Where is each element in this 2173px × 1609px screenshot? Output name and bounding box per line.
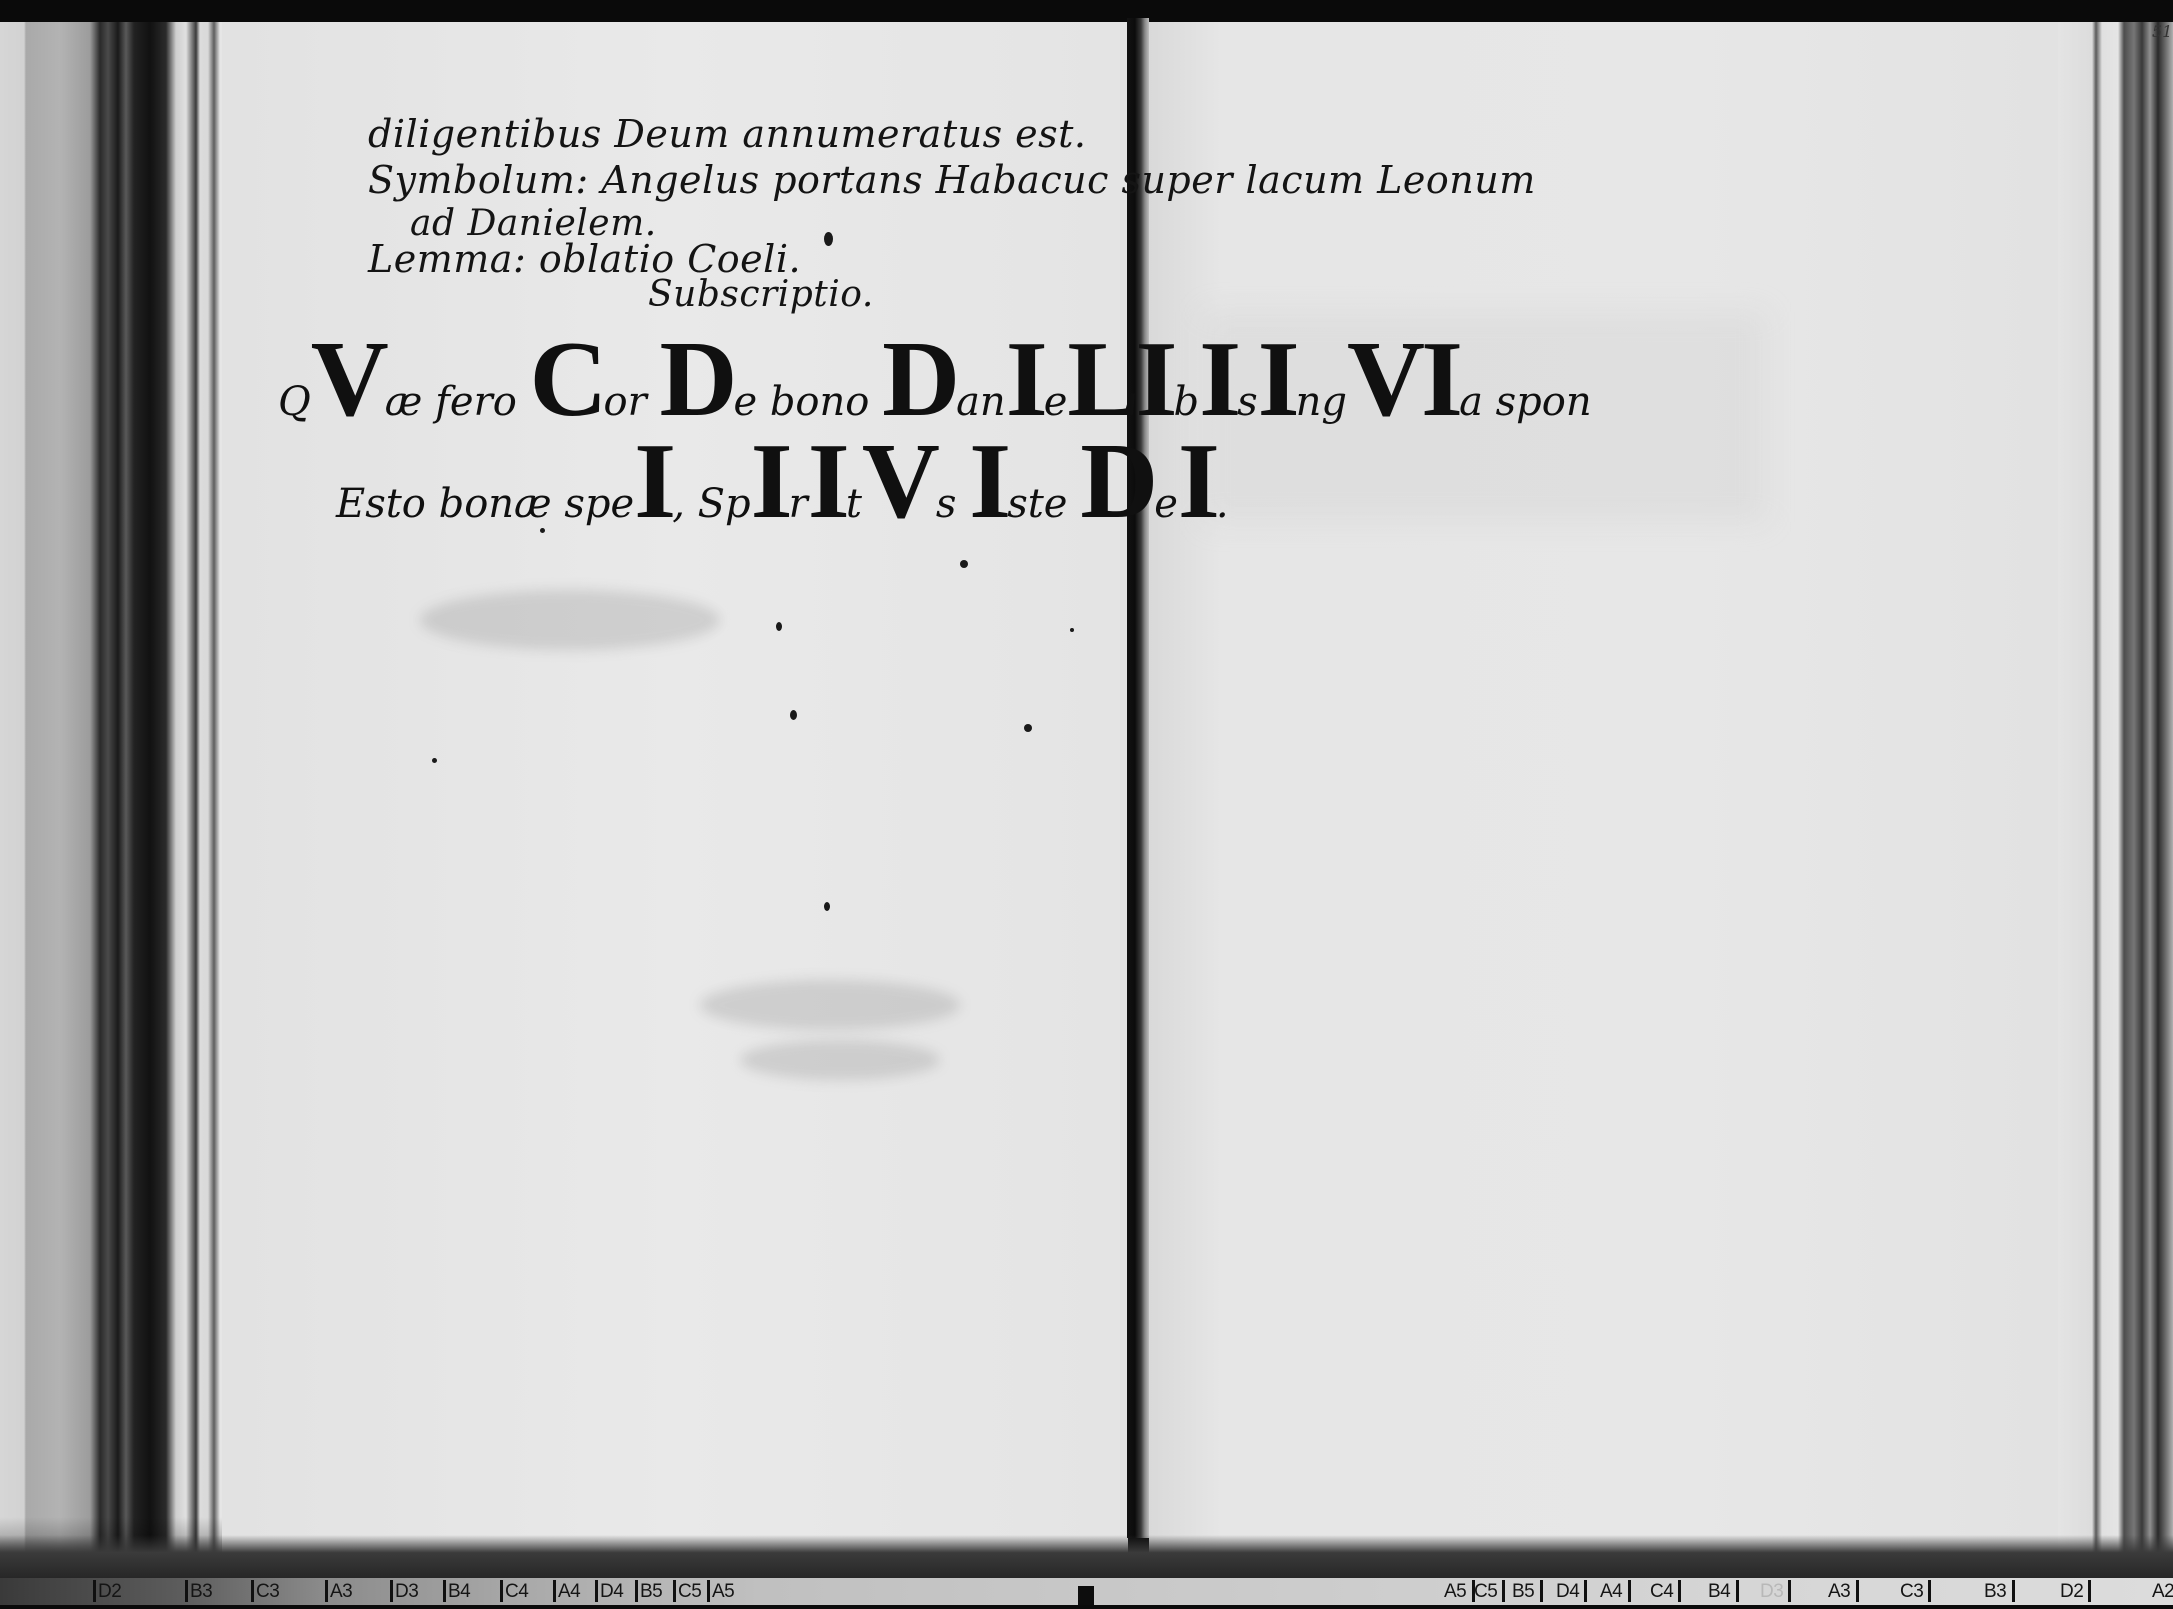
microfilm-frame: 51 diligentibus Deum annumeratus est. Sy… [0, 0, 2173, 1609]
strip-tick [1628, 1580, 1631, 1602]
ink-speck [790, 710, 797, 720]
strip-tick [673, 1580, 676, 1602]
right-page-blank [1149, 22, 2058, 1577]
strip-tick [443, 1580, 446, 1602]
strip-tick [1502, 1580, 1505, 1602]
strip-label: A3 [1828, 1580, 1850, 1603]
strip-tick [325, 1580, 328, 1602]
film-top-border [0, 0, 2173, 22]
show-through-smudge [700, 980, 960, 1030]
strip-label: A5 [1444, 1580, 1466, 1603]
manuscript-line-1: diligentibus Deum annumeratus est. [368, 112, 1087, 156]
strip-tick [2088, 1580, 2091, 1602]
strip-tick [1584, 1580, 1587, 1602]
strip-label: C4 [1650, 1580, 1673, 1603]
strip-tick [707, 1580, 710, 1602]
manuscript-line-symbolum: Symbolum: Angelus portans Habacuc super … [368, 158, 1536, 202]
chronogram-text: æ fero [385, 379, 530, 425]
strip-label: A5 [712, 1580, 734, 1603]
chronogram-numeral-letter: I [1421, 320, 1459, 439]
chronogram-numeral-letter: I [808, 422, 846, 541]
chronogram-numeral-letter: V [1347, 320, 1421, 439]
strip-label: B5 [640, 1580, 662, 1603]
chronogram-line-2: Esto bonæ speI, SpIrItVs Iste DeI. [336, 420, 1229, 544]
page-bottom-shadow [0, 1535, 2173, 1579]
strip-label: C3 [256, 1580, 279, 1603]
book-gutter [1127, 18, 1149, 1538]
chronogram-text: . [1216, 481, 1229, 527]
chronogram-text: t [846, 481, 862, 527]
left-book-block-edges [0, 22, 222, 1577]
ink-speck [824, 902, 830, 911]
strip-label: B3 [1984, 1580, 2006, 1603]
chronogram-text: , Sp [672, 481, 750, 527]
ink-speck [540, 528, 545, 533]
film-bottom-border [0, 1605, 2173, 1609]
chronogram-text: ng [1296, 379, 1347, 425]
chronogram-text: e bono [733, 379, 882, 425]
chronogram-text: an [956, 379, 1006, 425]
ink-speck [1070, 628, 1074, 632]
strip-tick [553, 1580, 556, 1602]
strip-tick [1678, 1580, 1681, 1602]
chronogram-text: or [604, 379, 660, 425]
chronogram-numeral-letter: V [862, 422, 936, 541]
ink-speck [960, 560, 968, 568]
strip-label: C5 [678, 1580, 701, 1603]
chronogram-text: s [1237, 379, 1258, 425]
chronogram-text: e [1154, 481, 1178, 527]
strip-label: A2 [2152, 1580, 2173, 1603]
chronogram-numeral-letter: I [1258, 320, 1296, 439]
strip-label: C5 [1474, 1580, 1497, 1603]
chronogram-numeral-letter: I [969, 422, 1007, 541]
strip-tick [595, 1580, 598, 1602]
right-book-block-edges [2058, 22, 2173, 1577]
chronogram-numeral-letter: D [1080, 422, 1154, 541]
chronogram-text: b [1173, 379, 1199, 425]
strip-tick [185, 1580, 188, 1602]
chronogram-text: r [789, 481, 808, 527]
strip-tick [1540, 1580, 1543, 1602]
strip-tick [2012, 1580, 2015, 1602]
chronogram-numeral-letter: I [751, 422, 789, 541]
ink-speck [432, 758, 437, 763]
film-center-marker [1078, 1586, 1094, 1606]
chronogram-text: ste [1007, 481, 1080, 527]
strip-label: D4 [600, 1580, 623, 1603]
strip-label: D2 [98, 1580, 121, 1603]
strip-tick [1856, 1580, 1859, 1602]
strip-tick [1736, 1580, 1739, 1602]
strip-tick [251, 1580, 254, 1602]
strip-label: D3 [1760, 1580, 1783, 1603]
show-through-smudge [740, 1040, 940, 1080]
ink-speck [1024, 724, 1032, 732]
strip-label: B4 [1708, 1580, 1730, 1603]
manuscript-line-subscriptio: Subscriptio. [648, 274, 874, 315]
strip-label: B3 [190, 1580, 212, 1603]
chronogram-text: s [936, 481, 969, 527]
chronogram-numeral-letter: I [1178, 422, 1216, 541]
strip-label: A4 [558, 1580, 580, 1603]
strip-tick [390, 1580, 393, 1602]
strip-label: B4 [448, 1580, 470, 1603]
chronogram-text: e [1044, 379, 1068, 425]
ink-speck [824, 232, 833, 246]
strip-label: C4 [505, 1580, 528, 1603]
ink-speck [776, 622, 782, 631]
strip-label: C3 [1900, 1580, 1923, 1603]
strip-tick [500, 1580, 503, 1602]
strip-label: A3 [330, 1580, 352, 1603]
strip-tick [1928, 1580, 1931, 1602]
show-through-smudge [420, 590, 720, 650]
strip-label: D3 [395, 1580, 418, 1603]
strip-tick [1788, 1580, 1791, 1602]
strip-label: A4 [1600, 1580, 1622, 1603]
chronogram-text: a spon [1459, 379, 1592, 425]
strip-label: D4 [1556, 1580, 1579, 1603]
folio-number: 51 [2152, 22, 2172, 41]
chronogram-numeral-letter: I [634, 422, 672, 541]
chronogram-text: Q [278, 379, 311, 425]
strip-tick [635, 1580, 638, 1602]
chronogram-text: Esto bonæ spe [336, 481, 634, 527]
strip-tick [93, 1580, 96, 1602]
strip-label: B5 [1512, 1580, 1534, 1603]
strip-label: D2 [2060, 1580, 2083, 1603]
